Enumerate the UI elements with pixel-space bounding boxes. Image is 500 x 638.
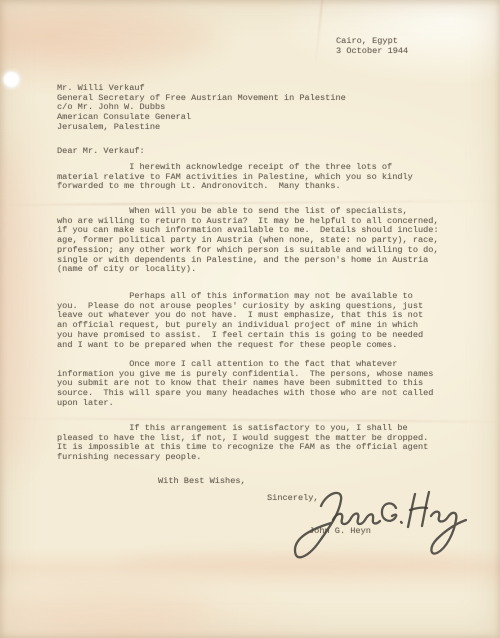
body-paragraph-2: When will you be able to send the list o… bbox=[57, 207, 439, 275]
closing-line: With Best Wishes, bbox=[158, 477, 246, 487]
signature-stroke bbox=[333, 513, 380, 524]
body-paragraph-1: I herewith acknowledge receipt of the th… bbox=[57, 163, 413, 192]
paper-crease bbox=[314, 0, 323, 66]
signature-stroke bbox=[295, 493, 341, 557]
paper-stain bbox=[0, 8, 220, 64]
paper-stain bbox=[0, 588, 215, 634]
paper-crease bbox=[0, 417, 500, 423]
signature-stroke bbox=[382, 503, 396, 520]
recipient-address: Mr. Willi Verkauf General Secretary of F… bbox=[57, 84, 346, 133]
date-block: Cairo, Egypt 3 October 1944 bbox=[336, 37, 408, 56]
body-paragraph-4: Once more I call attention to the fact t… bbox=[57, 360, 433, 409]
signature-stroke bbox=[422, 492, 429, 526]
letter-scan: Cairo, Egypt 3 October 1944 Mr. Willi Ve… bbox=[0, 0, 500, 638]
signature-stroke bbox=[401, 522, 402, 523]
signature-handwriting bbox=[283, 480, 473, 570]
body-paragraph-3: Perhaps all of this information may not … bbox=[57, 292, 423, 350]
hole-punch bbox=[3, 71, 20, 88]
signature-stroke bbox=[431, 512, 466, 554]
paper-stain bbox=[0, 150, 38, 470]
salutation: Dear Mr. Verkauf: bbox=[57, 147, 145, 157]
body-paragraph-5: If this arrangement is satisfactory to y… bbox=[57, 424, 428, 463]
